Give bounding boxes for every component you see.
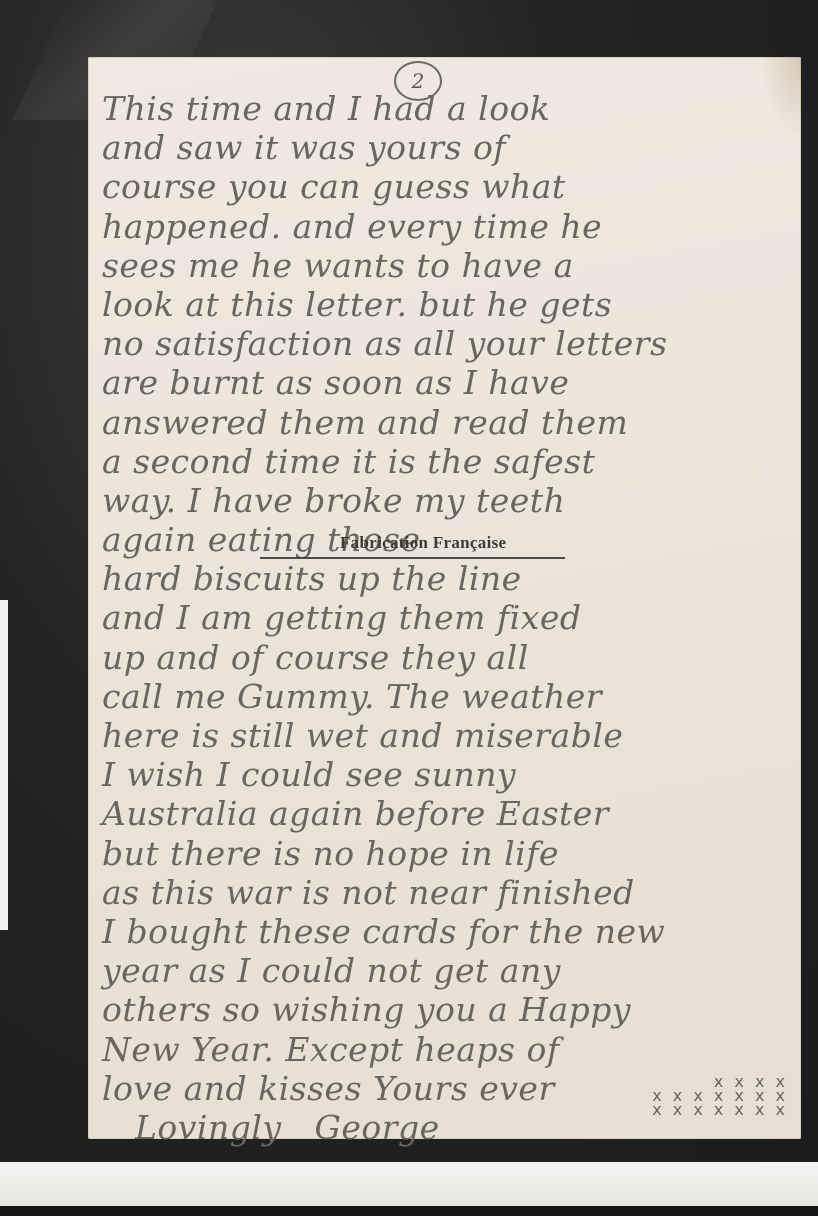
- text-line: up and of course they all: [102, 638, 802, 677]
- text-line: way. I have broke my teeth: [102, 481, 802, 520]
- text-line: hard biscuits up the line: [102, 559, 802, 598]
- text-line: here is still wet and miserable: [102, 716, 802, 755]
- text-line: Australia again before Easter: [102, 794, 802, 833]
- text-line: I wish I could see sunny: [102, 755, 802, 794]
- text-line: course you can guess what: [102, 167, 802, 206]
- text-line: year as I could not get any: [102, 951, 802, 990]
- text-line: call me Gummy. The weather: [102, 677, 802, 716]
- text-line: This time and I had a look: [102, 89, 802, 128]
- text-line: and I am getting them fixed: [102, 598, 802, 637]
- postcard: 2 This time and I had a look and saw it …: [88, 57, 801, 1139]
- text-line: no satisfaction as all your letters: [102, 324, 802, 363]
- text-line: others so wishing you a Happy: [102, 990, 802, 1029]
- imprint-underline: [260, 557, 565, 559]
- text-line: as this war is not near finished: [102, 873, 802, 912]
- scanner-bed-strip: [0, 1162, 818, 1206]
- text-line: and saw it was yours of: [102, 128, 802, 167]
- text-line: a second time it is the safest: [102, 442, 802, 481]
- text-line: are burnt as soon as I have: [102, 363, 802, 402]
- text-line: but there is no hope in life: [102, 834, 802, 873]
- text-line: answered them and read them: [102, 403, 802, 442]
- text-line: I bought these cards for the new: [102, 912, 802, 951]
- text-line: sees me he wants to have a: [102, 246, 802, 285]
- scanner-edge-bar: [0, 1206, 818, 1216]
- text-line: New Year. Except heaps of: [102, 1030, 802, 1069]
- kisses-marks: x x x x x x x x x x x x x x x x x x: [578, 1075, 788, 1117]
- printed-imprint: Fabrication Française: [340, 533, 506, 553]
- mount-edge: [0, 600, 8, 930]
- handwritten-text: This time and I had a look and saw it wa…: [102, 89, 802, 1147]
- text-line: happened. and every time he: [102, 207, 802, 246]
- text-line: look at this letter. but he gets: [102, 285, 802, 324]
